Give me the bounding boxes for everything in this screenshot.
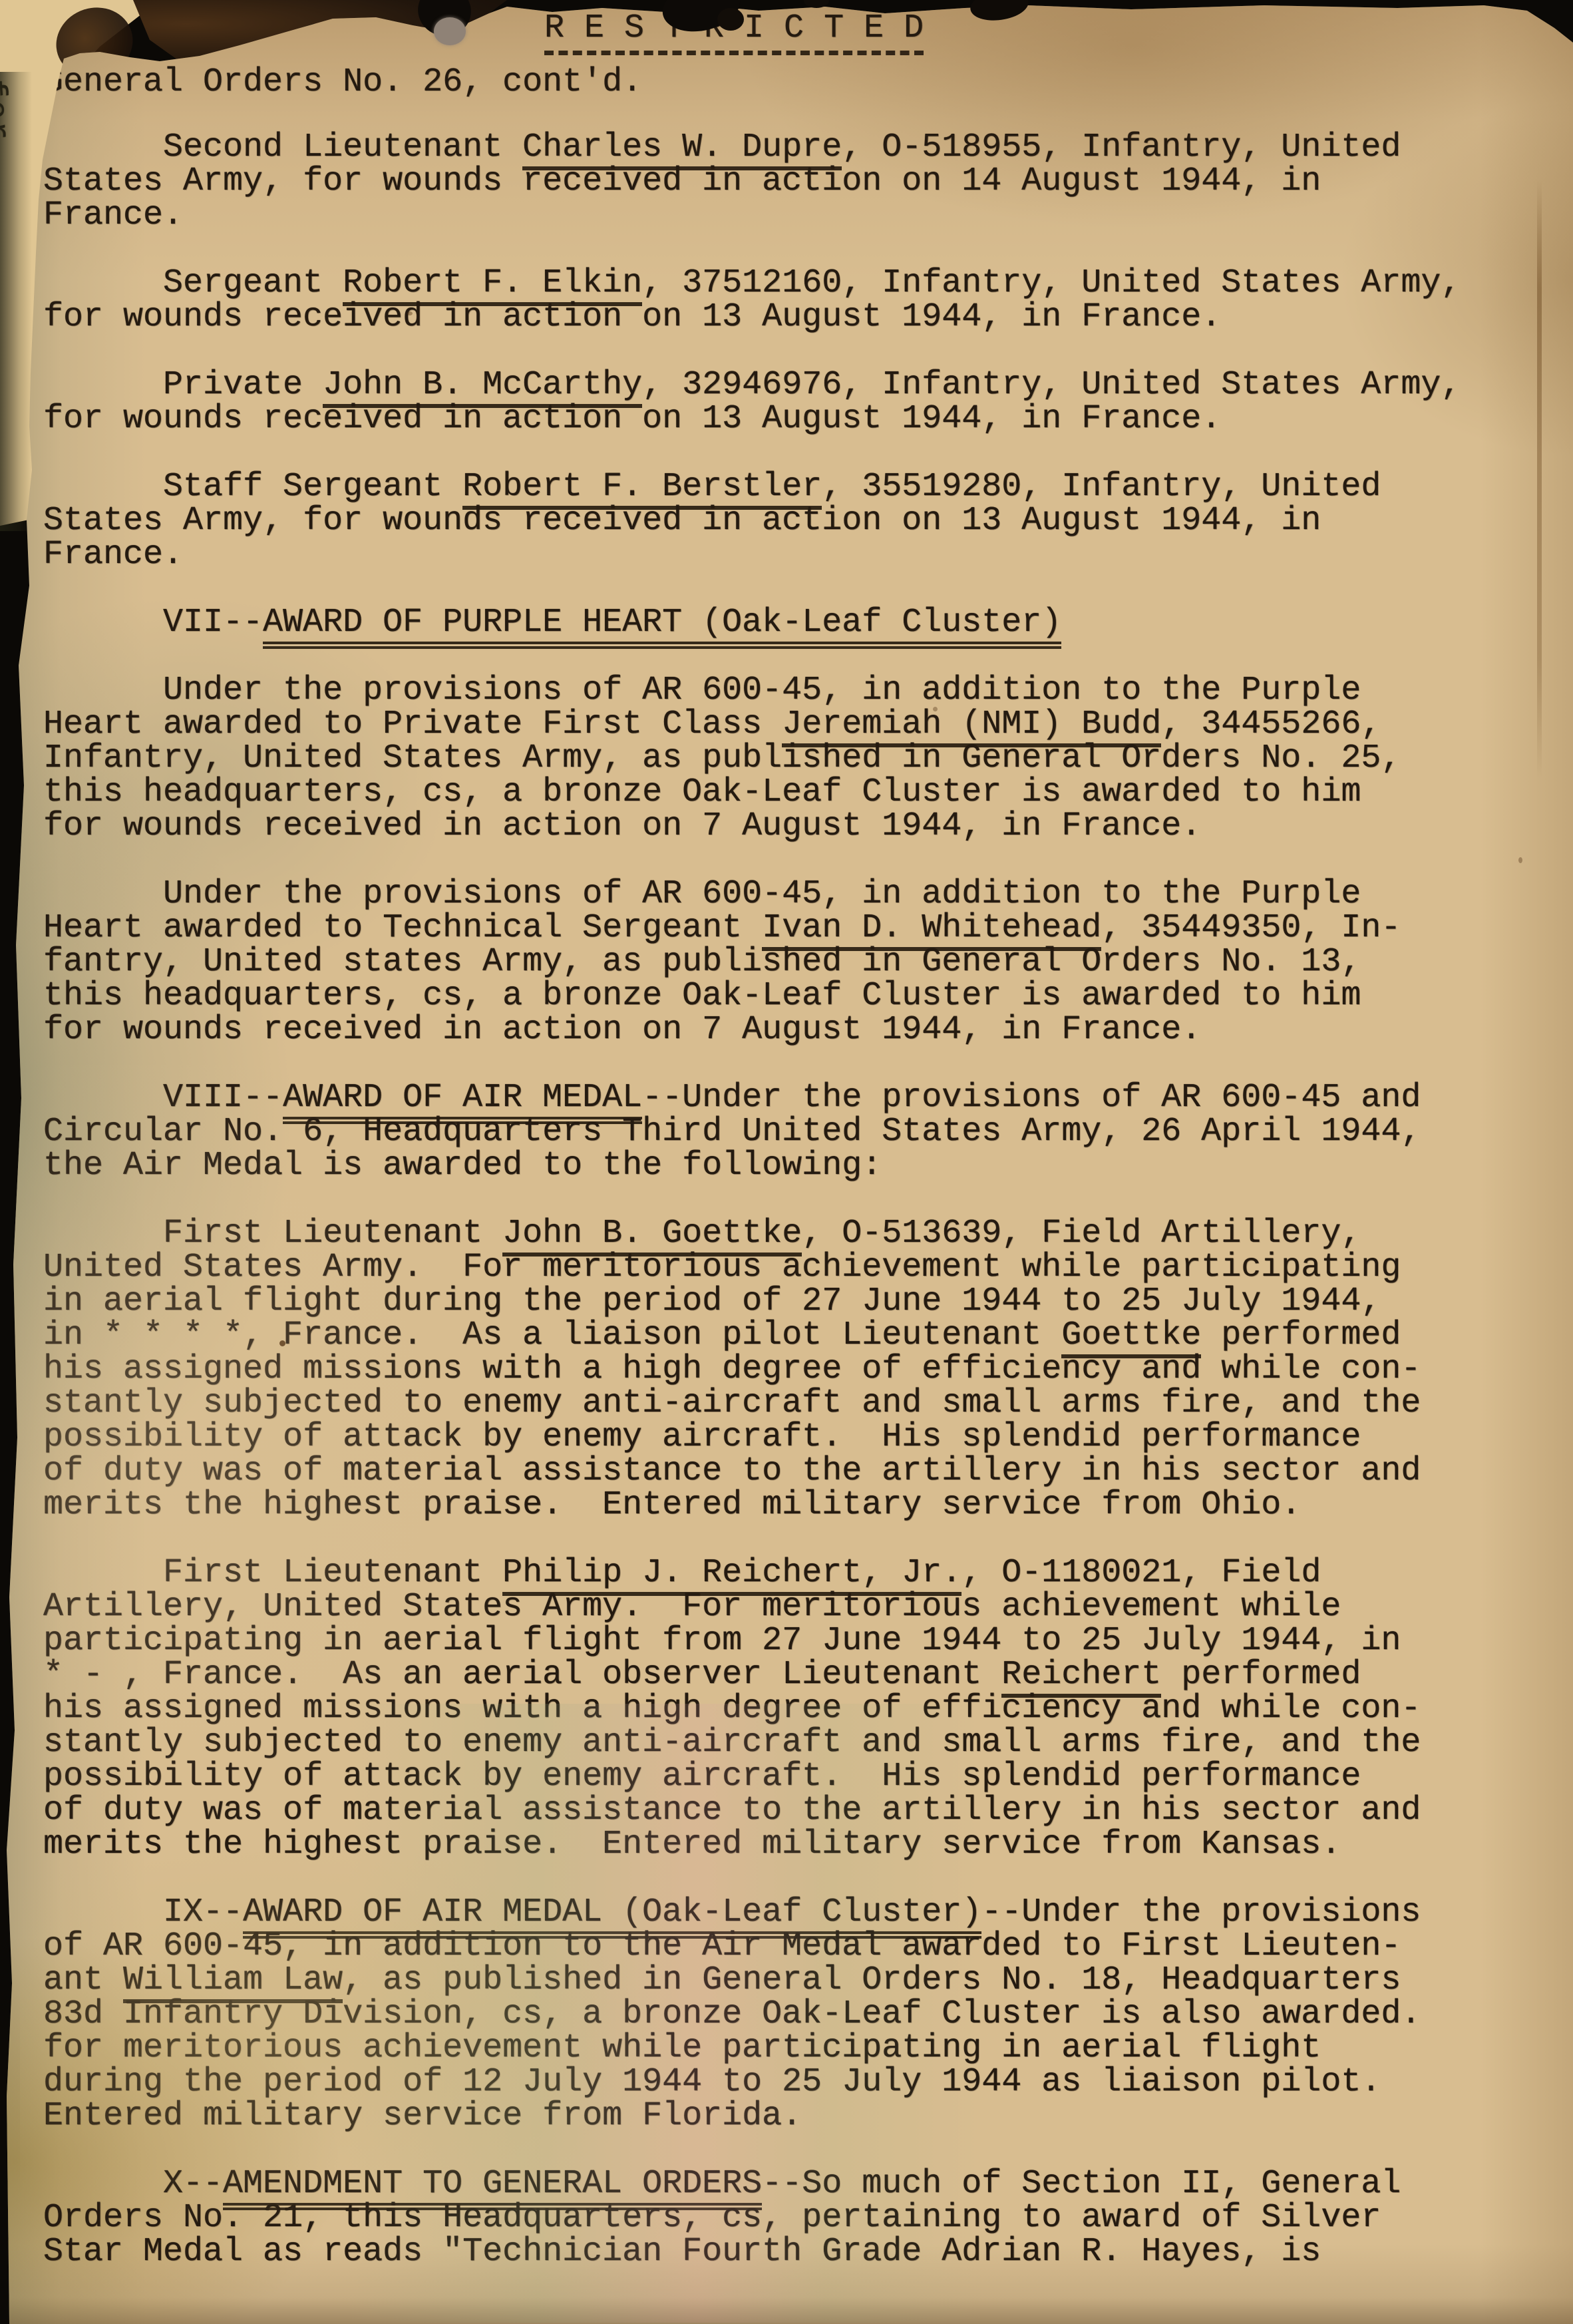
- document-line: Heart awarded to Private First Class Jer…: [43, 707, 1546, 741]
- document-line: the Air Medal is awarded to the followin…: [43, 1149, 1546, 1183]
- paper-speck: [279, 1340, 285, 1346]
- text-segment: possibility of attack by enemy aircraft.…: [43, 1418, 1361, 1456]
- text-segment: merits the highest praise. Entered milit…: [43, 1486, 1301, 1524]
- text-segment: merits the highest praise. Entered milit…: [43, 1826, 1341, 1863]
- document-line: in aerial flight during the period of 27…: [43, 1284, 1546, 1318]
- text-segment: Entered military service from Florida.: [43, 2097, 802, 2135]
- text-segment: in aerial flight during the period of 27…: [43, 1282, 1381, 1320]
- text-segment: Under the provisions of AR 600-45, in ad…: [43, 672, 1361, 709]
- document-line: Under the provisions of AR 600-45, in ad…: [43, 674, 1546, 707]
- document-line: fantry, United states Army, as published…: [43, 945, 1546, 979]
- paragraph: Under the provisions of AR 600-45, in ad…: [43, 674, 1546, 843]
- document-line: of AR 600-45, in addition to the Air Med…: [43, 1929, 1546, 1963]
- text-segment: of duty was of material assistance to th…: [43, 1792, 1421, 1830]
- text-segment: of AR 600-45, in addition to the Air Med…: [43, 1927, 1401, 1965]
- text-segment: United States Army. For meritorious achi…: [43, 1249, 1401, 1286]
- document-line: Private John B. McCarthy, 32946976, Infa…: [43, 368, 1546, 402]
- document-line: France.: [43, 198, 1546, 232]
- document-line: IX--AWARD OF AIR MEDAL (Oak-Leaf Cluster…: [43, 1895, 1546, 1929]
- text-segment: States Army, for wounds received in acti…: [43, 162, 1321, 200]
- text-segment: this headquarters, cs, a bronze Oak-Leaf…: [43, 977, 1361, 1015]
- paragraph: X--AMENDMENT TO GENERAL ORDERS--So much …: [43, 2167, 1546, 2269]
- text-segment: for wounds received in action on 13 Augu…: [43, 298, 1221, 336]
- paragraph: VII--AWARD OF PURPLE HEART (Oak-Leaf Clu…: [43, 606, 1546, 640]
- paragraph: First Lieutenant Philip J. Reichert, Jr.…: [43, 1556, 1546, 1861]
- text-segment: Heart awarded to Technical Sergeant: [43, 909, 762, 947]
- ink-blot: [717, 8, 744, 31]
- document-line: participating in aerial flight from 27 J…: [43, 1624, 1546, 1658]
- document-line: possibility of attack by enemy aircraft.…: [43, 1760, 1546, 1794]
- text-segment: First Lieutenant: [43, 1215, 502, 1253]
- continuation-line: General Orders No. 26, cont'd.: [43, 65, 642, 99]
- document-line: X--AMENDMENT TO GENERAL ORDERS--So much …: [43, 2167, 1546, 2201]
- document-line: Star Medal as reads "Technician Fourth G…: [43, 2235, 1546, 2269]
- document-line: First Lieutenant John B. Goettke, O-5136…: [43, 1217, 1546, 1251]
- text-segment: fantry, United states Army, as published…: [43, 943, 1361, 981]
- document-line: First Lieutenant Philip J. Reichert, Jr.…: [43, 1556, 1546, 1590]
- document-line: VIII--AWARD OF AIR MEDAL--Under the prov…: [43, 1081, 1546, 1115]
- document-line: his assigned missions with a high degree…: [43, 1692, 1546, 1726]
- text-segment: First Lieutenant: [43, 1554, 502, 1592]
- text-segment: Second Lieutenant: [43, 128, 522, 166]
- text-segment: performed: [1161, 1656, 1361, 1694]
- document-line: * - , France. As an aerial observer Lieu…: [43, 1658, 1546, 1692]
- text-segment: the Air Medal is awarded to the followin…: [43, 1147, 882, 1185]
- left-edge-smudge: [0, 72, 32, 531]
- text-segment: , 37512160, Infantry, United States Army…: [642, 264, 1461, 302]
- document-line: for wounds received in action on 7 Augus…: [43, 1013, 1546, 1047]
- document-line: Heart awarded to Technical Sergeant Ivan…: [43, 911, 1546, 945]
- paragraph: Private John B. McCarthy, 32946976, Infa…: [43, 368, 1546, 436]
- text-segment: for wounds received in action on 7 Augus…: [43, 1011, 1201, 1049]
- document-line: stantly subjected to enemy anti-aircraft…: [43, 1386, 1546, 1420]
- document-line: Infantry, United States Army, as publish…: [43, 741, 1546, 775]
- document-line: possibility of attack by enemy aircraft.…: [43, 1420, 1546, 1454]
- text-segment: VIII--: [43, 1079, 283, 1117]
- text-segment: for wounds received in action on 7 Augus…: [43, 807, 1201, 845]
- text-segment: during the period of 12 July 1944 to 25 …: [43, 2063, 1381, 2101]
- text-segment: , 35519280, Infantry, United: [822, 468, 1381, 506]
- text-segment: Artillery, United States Army. For merit…: [43, 1588, 1341, 1626]
- text-segment: * - , France. As an aerial observer Lieu…: [43, 1656, 1001, 1694]
- document-line: in * * * *, France. As a liaison pilot L…: [43, 1318, 1546, 1352]
- text-segment: of duty was of material assistance to th…: [43, 1452, 1421, 1490]
- text-segment: Staff Sergeant: [43, 468, 462, 506]
- text-segment: Heart awarded to Private First Class: [43, 705, 782, 743]
- text-segment: for meritorious achievement while partic…: [43, 2029, 1321, 2067]
- text-segment: , O-513639, Field Artillery,: [802, 1215, 1361, 1253]
- document-line: during the period of 12 July 1944 to 25 …: [43, 2065, 1546, 2099]
- document-line: States Army, for wounds received in acti…: [43, 504, 1546, 538]
- text-segment: , O-1180021, Field: [961, 1554, 1321, 1592]
- document-line: France.: [43, 538, 1546, 572]
- text-segment: IX--: [43, 1893, 243, 1931]
- document-line: of duty was of material assistance to th…: [43, 1794, 1546, 1828]
- document-line: merits the highest praise. Entered milit…: [43, 1488, 1546, 1522]
- text-segment: Infantry, United States Army, as publish…: [43, 739, 1401, 777]
- text-segment: --So much of Section II, General: [762, 2165, 1401, 2203]
- paragraph: Sergeant Robert F. Elkin, 37512160, Infa…: [43, 266, 1546, 334]
- document-line: this headquarters, cs, a bronze Oak-Leaf…: [43, 979, 1546, 1013]
- document-line: Artillery, United States Army. For merit…: [43, 1590, 1546, 1624]
- text-segment: Private: [43, 366, 323, 404]
- paragraph: Staff Sergeant Robert F. Berstler, 35519…: [43, 470, 1546, 572]
- paragraph: First Lieutenant John B. Goettke, O-5136…: [43, 1217, 1546, 1522]
- text-segment: , O-518955, Infantry, United: [842, 128, 1401, 166]
- text-segment: X--: [43, 2165, 223, 2203]
- document-line: Orders No. 21, this Headquarters, cs, pe…: [43, 2201, 1546, 2235]
- text-segment: Circular No. 6, Headquarters Third Unite…: [43, 1113, 1421, 1151]
- document-line: stantly subjected to enemy anti-aircraft…: [43, 1726, 1546, 1760]
- document-line: for wounds received in action on 13 Augu…: [43, 300, 1546, 334]
- text-segment: possibility of attack by enemy aircraft.…: [43, 1758, 1361, 1796]
- text-segment: , 35449350, In-: [1101, 909, 1401, 947]
- paragraph: VIII--AWARD OF AIR MEDAL--Under the prov…: [43, 1081, 1546, 1183]
- text-segment: stantly subjected to enemy anti-aircraft…: [43, 1384, 1421, 1422]
- paper-speck: [933, 707, 938, 711]
- document-line: United States Army. For meritorious achi…: [43, 1251, 1546, 1284]
- document-line: this headquarters, cs, a bronze Oak-Leaf…: [43, 775, 1546, 809]
- text-segment: this headquarters, cs, a bronze Oak-Leaf…: [43, 773, 1361, 811]
- paragraph: Under the provisions of AR 600-45, in ad…: [43, 877, 1546, 1047]
- underlined-text: AWARD OF PURPLE HEART (Oak-Leaf Cluster): [263, 604, 1061, 649]
- text-segment: ant: [43, 1961, 123, 1999]
- document-line: ant William Law, as published in General…: [43, 1963, 1546, 1997]
- text-segment: Sergeant: [43, 264, 343, 302]
- text-segment: for wounds received in action on 13 Augu…: [43, 400, 1221, 438]
- text-segment: Star Medal as reads "Technician Fourth G…: [43, 2233, 1321, 2271]
- document-line: 83d Infantry Division, cs, a bronze Oak-…: [43, 1997, 1546, 2031]
- document-line: Circular No. 6, Headquarters Third Unite…: [43, 1115, 1546, 1149]
- text-segment: , as published in General Orders No. 18,…: [343, 1961, 1401, 1999]
- text-segment: 83d Infantry Division, cs, a bronze Oak-…: [43, 1995, 1421, 2033]
- document-line: States Army, for wounds received in acti…: [43, 164, 1546, 198]
- document-line: Entered military service from Florida.: [43, 2099, 1546, 2133]
- document-line: for meritorious achievement while partic…: [43, 2031, 1546, 2065]
- text-segment: performed: [1201, 1316, 1401, 1354]
- text-segment: participating in aerial flight from 27 J…: [43, 1622, 1401, 1660]
- text-segment: States Army, for wounds received in acti…: [43, 502, 1321, 540]
- document-line: of duty was of material assistance to th…: [43, 1454, 1546, 1488]
- text-segment: --Under the provisions of AR 600-45 and: [642, 1079, 1421, 1117]
- document-body: Second Lieutenant Charles W. Dupre, O-51…: [43, 130, 1546, 2303]
- text-segment: France.: [43, 196, 183, 234]
- document-line: for wounds received in action on 13 Augu…: [43, 402, 1546, 436]
- document-line: for wounds received in action on 7 Augus…: [43, 809, 1546, 843]
- text-segment: France.: [43, 536, 183, 574]
- document-line: his assigned missions with a high degree…: [43, 1352, 1546, 1386]
- paragraph: IX--AWARD OF AIR MEDAL (Oak-Leaf Cluster…: [43, 1895, 1546, 2133]
- text-segment: , 32946976, Infantry, United States Army…: [642, 366, 1461, 404]
- text-segment: in * * * *, France. As a liaison pilot L…: [43, 1316, 1061, 1354]
- text-segment: , 34455266,: [1161, 705, 1381, 743]
- torn-hole-sheen: [434, 17, 466, 45]
- document-line: Second Lieutenant Charles W. Dupre, O-51…: [43, 130, 1546, 164]
- text-segment: his assigned missions with a high degree…: [43, 1690, 1421, 1728]
- text-segment: his assigned missions with a high degree…: [43, 1350, 1421, 1388]
- paper-speck: [1518, 857, 1522, 863]
- document-page: R E S T R I C T E D General Orders No. 2…: [0, 0, 1573, 2324]
- document-line: merits the highest praise. Entered milit…: [43, 1828, 1546, 1861]
- text-segment: --Under the provisions: [981, 1893, 1421, 1931]
- scanned-page: for R E S T R I C T E D General Orders N…: [0, 0, 1573, 2324]
- text-segment: stantly subjected to enemy anti-aircraft…: [43, 1724, 1421, 1762]
- document-line: Sergeant Robert F. Elkin, 37512160, Infa…: [43, 266, 1546, 300]
- paragraph: Second Lieutenant Charles W. Dupre, O-51…: [43, 130, 1546, 232]
- document-line: Under the provisions of AR 600-45, in ad…: [43, 877, 1546, 911]
- text-segment: Under the provisions of AR 600-45, in ad…: [43, 875, 1361, 913]
- text-segment: Orders No. 21, this Headquarters, cs, pe…: [43, 2199, 1381, 2237]
- document-line: Staff Sergeant Robert F. Berstler, 35519…: [43, 470, 1546, 504]
- text-segment: VII--: [43, 604, 263, 642]
- document-line: VII--AWARD OF PURPLE HEART (Oak-Leaf Clu…: [43, 606, 1546, 640]
- paper-speck: [407, 311, 413, 315]
